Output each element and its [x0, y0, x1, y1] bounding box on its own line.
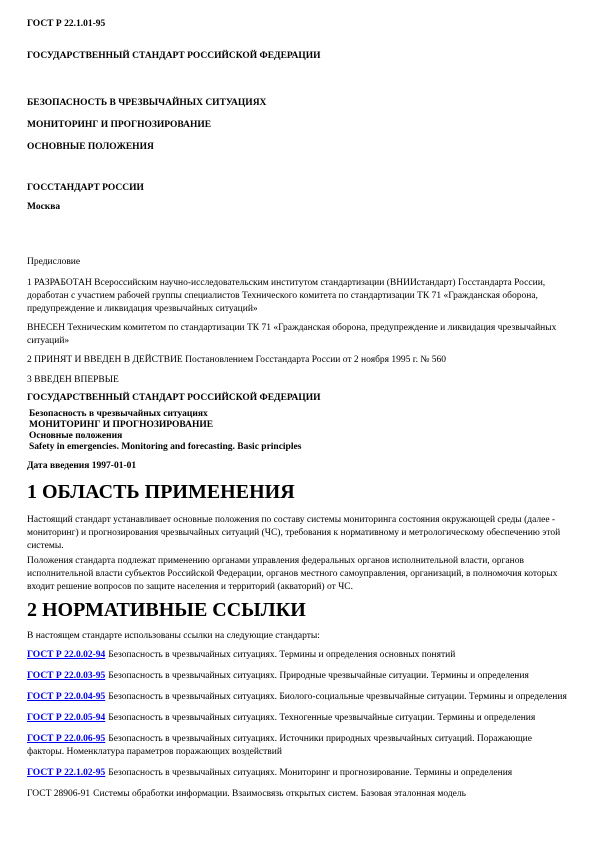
subject-line-1: БЕЗОПАСНОСТЬ В ЧРЕЗВЫЧАЙНЫХ СИТУАЦИЯХ: [27, 97, 569, 110]
reference-item: ГОСТ Р 22.0.03-95Безопасность в чрезвыча…: [27, 670, 569, 683]
foreword-paragraph-2: ВНЕСЕН Техническим комитетом по стандарт…: [27, 322, 569, 348]
publisher-name: ГОССТАНДАРТ РОССИИ: [27, 182, 569, 195]
effective-date: Дата введения 1997-01-01: [27, 460, 569, 473]
reference-item: ГОСТ 28906-91Системы обработки информаци…: [27, 788, 569, 801]
title-block-line-ru-kind: Основные положения: [29, 431, 569, 442]
title-block: Безопасность в чрезвычайных ситуациях МО…: [27, 409, 569, 453]
title-block-line-ru-topic: МОНИТОРИНГ И ПРОГНОЗИРОВАНИЕ: [29, 420, 569, 431]
reference-item: ГОСТ Р 22.0.05-94Безопасность в чрезвыча…: [27, 712, 569, 725]
gost-reference-code: ГОСТ 28906-91: [27, 789, 90, 799]
reference-title: Системы обработки информации. Взаимосвяз…: [93, 789, 466, 799]
subject-line-2: МОНИТОРИНГ И ПРОГНОЗИРОВАНИЕ: [27, 119, 569, 132]
gost-reference-link[interactable]: ГОСТ Р 22.0.04-95: [27, 692, 105, 702]
references-intro: В настоящем стандарте использованы ссылк…: [27, 630, 569, 643]
reference-item: ГОСТ Р 22.0.04-95Безопасность в чрезвыча…: [27, 691, 569, 704]
gost-reference-link[interactable]: ГОСТ Р 22.0.05-94: [27, 713, 105, 723]
reference-title: Безопасность в чрезвычайных ситуациях. Т…: [108, 713, 535, 723]
section-heading-scope: 1 ОБЛАСТЬ ПРИМЕНЕНИЯ: [27, 480, 569, 504]
title-block-line-ru-subject: Безопасность в чрезвычайных ситуациях: [29, 409, 569, 420]
city-name: Москва: [27, 201, 569, 214]
gost-reference-link[interactable]: ГОСТ Р 22.0.03-95: [27, 671, 105, 681]
gost-reference-link[interactable]: ГОСТ Р 22.0.06-95: [27, 734, 105, 744]
scope-paragraph-1: Настоящий стандарт устанавливает основны…: [27, 514, 569, 553]
reference-title: Безопасность в чрезвычайных ситуациях. Т…: [108, 650, 455, 660]
gost-reference-link[interactable]: ГОСТ Р 22.0.02-94: [27, 650, 105, 660]
title-block-line-en-title: Safety in emergencies. Monitoring and fo…: [29, 442, 569, 453]
reference-item: ГОСТ Р 22.1.02-95Безопасность в чрезвыча…: [27, 767, 569, 780]
subject-line-3: ОСНОВНЫЕ ПОЛОЖЕНИЯ: [27, 141, 569, 154]
state-standard-header-2: ГОСУДАРСТВЕННЫЙ СТАНДАРТ РОССИЙСКОЙ ФЕДЕ…: [27, 392, 569, 405]
foreword-paragraph-3: 2 ПРИНЯТ И ВВЕДЕН В ДЕЙСТВИЕ Постановлен…: [27, 354, 569, 367]
scope-paragraph-2: Положения стандарта подлежат применению …: [27, 555, 569, 594]
reference-item: ГОСТ Р 22.0.06-95Безопасность в чрезвыча…: [27, 733, 569, 759]
foreword-paragraph-4: 3 ВВЕДЕН ВПЕРВЫЕ: [27, 374, 569, 387]
reference-item: ГОСТ Р 22.0.02-94Безопасность в чрезвыча…: [27, 649, 569, 662]
reference-title: Безопасность в чрезвычайных ситуациях. П…: [108, 671, 529, 681]
foreword-paragraph-1: 1 РАЗРАБОТАН Всероссийским научно-исслед…: [27, 277, 569, 316]
document-page: { "doc": { "link_color": "#0000ee", "cod…: [0, 0, 595, 842]
section-heading-references: 2 НОРМАТИВНЫЕ ССЫЛКИ: [27, 598, 569, 622]
reference-title: Безопасность в чрезвычайных ситуациях. М…: [108, 768, 512, 778]
state-standard-header: ГОСУДАРСТВЕННЫЙ СТАНДАРТ РОССИЙСКОЙ ФЕДЕ…: [27, 50, 569, 63]
reference-title: Безопасность в чрезвычайных ситуациях. Б…: [108, 692, 567, 702]
foreword-title: Предисловие: [27, 256, 569, 269]
gost-reference-link[interactable]: ГОСТ Р 22.1.02-95: [27, 768, 105, 778]
doc-code: ГОСТ Р 22.1.01-95: [27, 18, 569, 31]
